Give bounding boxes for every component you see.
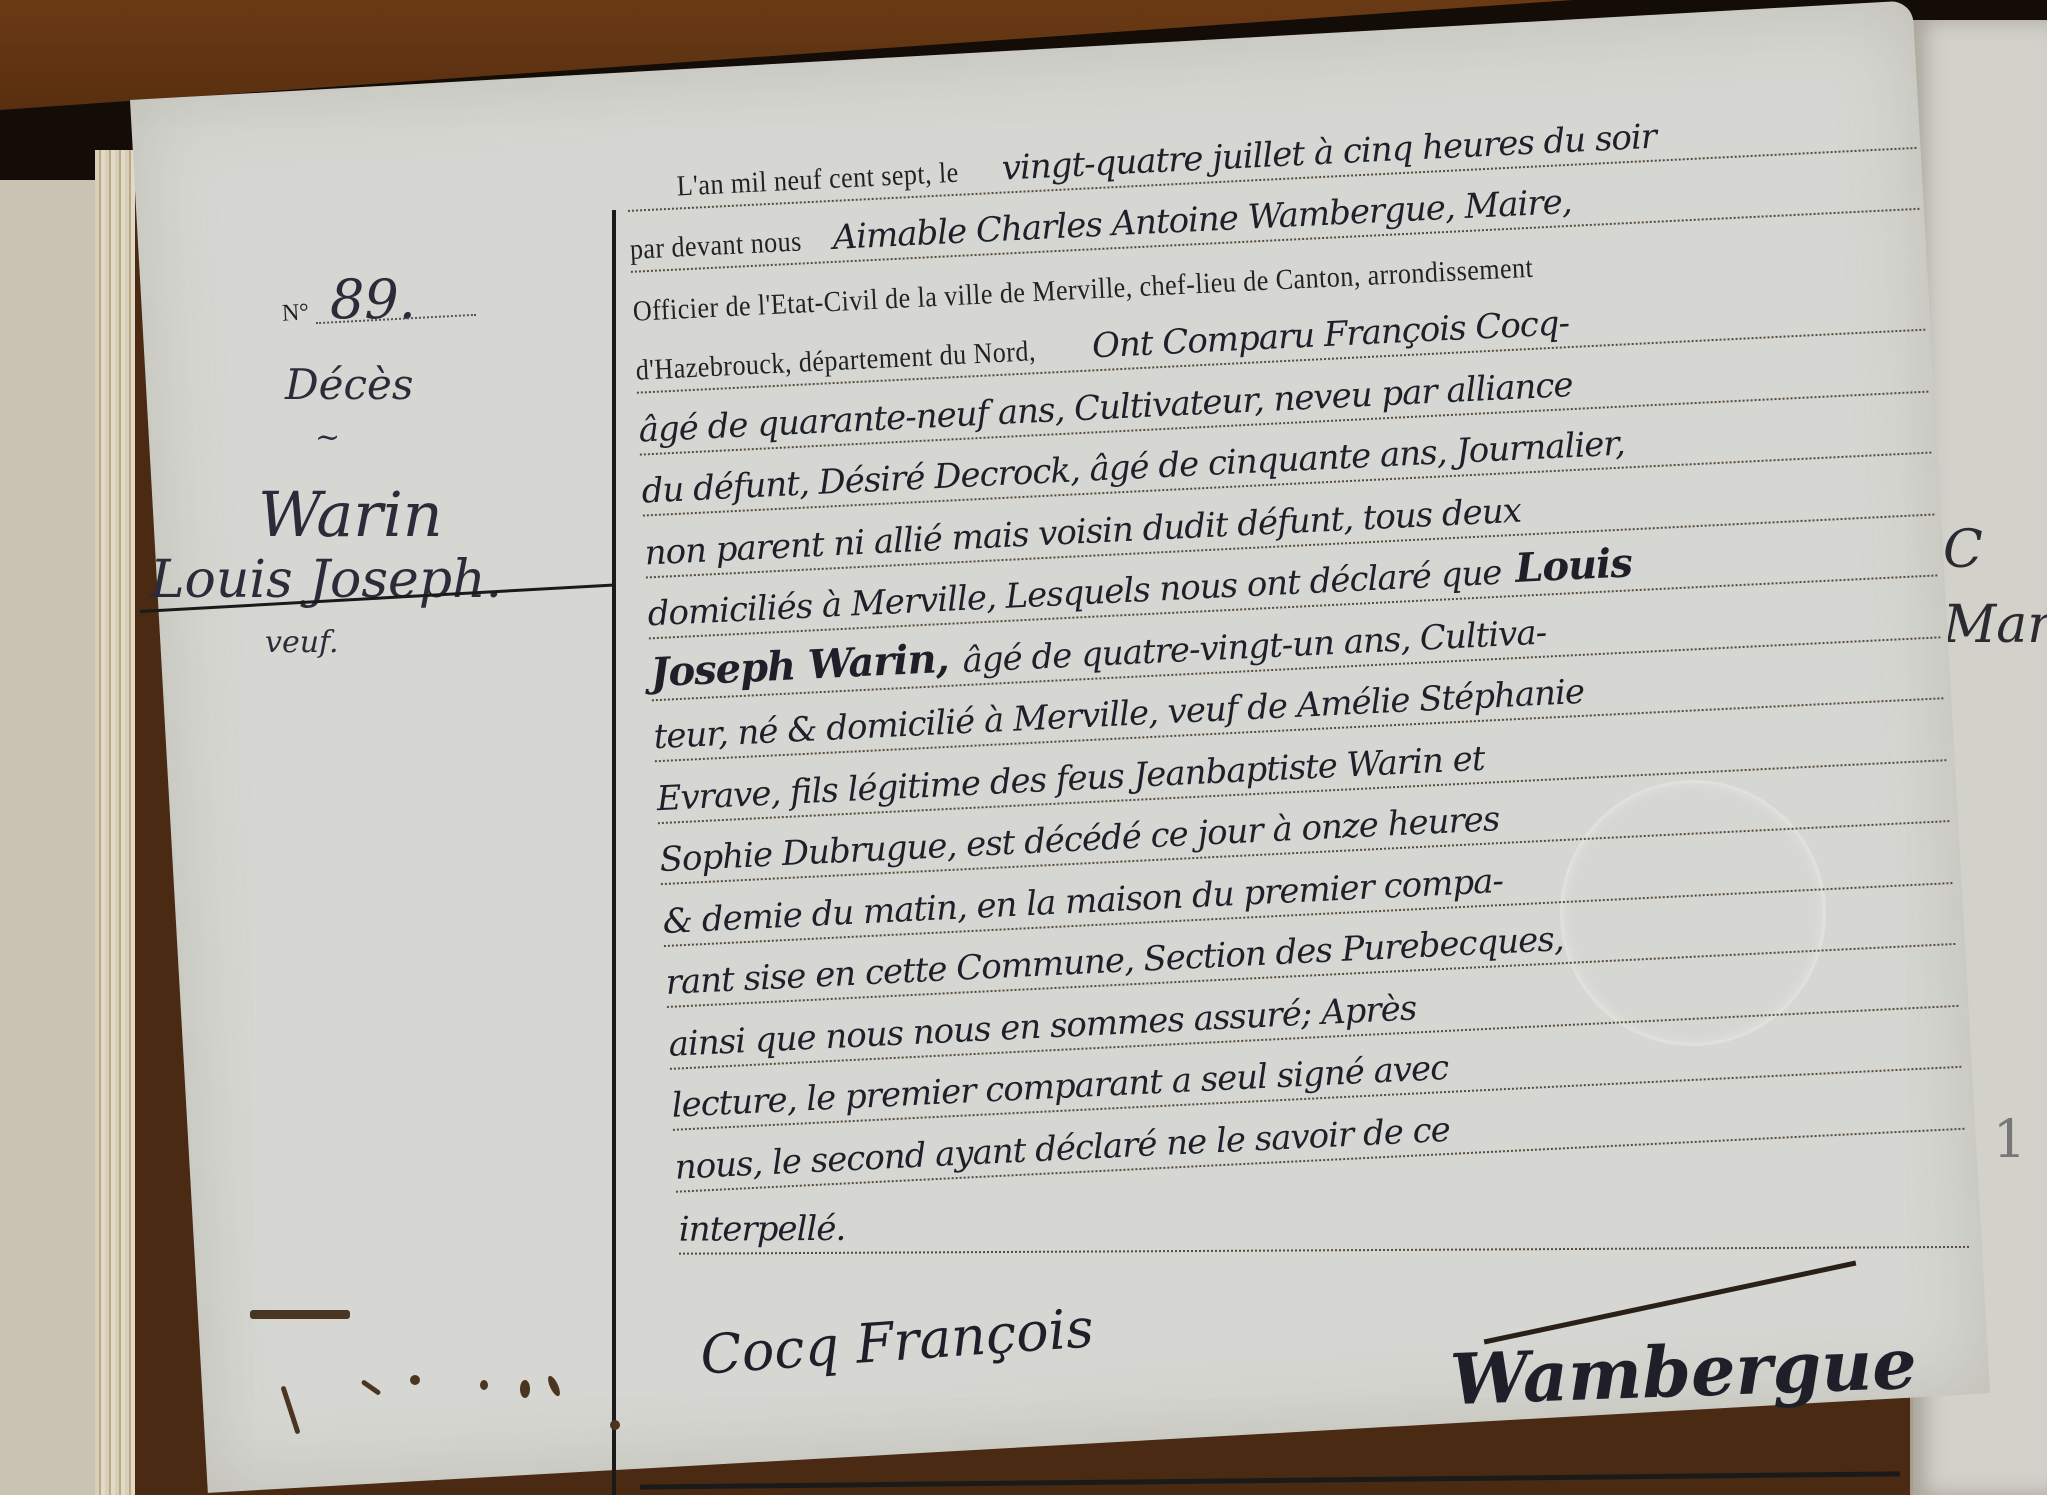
page-edges xyxy=(95,150,135,1495)
ink-mark xyxy=(250,1310,350,1319)
margin-divider-rule xyxy=(612,210,616,1495)
record-number-label: N° xyxy=(281,299,309,327)
next-page-fragment: 1 xyxy=(1993,1110,2026,1170)
flourish: ~ xyxy=(315,420,340,455)
deceased-name-highlight: Louis xyxy=(1514,539,1633,595)
next-page-fragment: C xyxy=(1943,520,1983,580)
record-type: Décès xyxy=(285,360,413,409)
deceased-surname: Warin xyxy=(258,478,443,551)
ink-mark xyxy=(610,1420,620,1430)
entry-bottom-rule xyxy=(640,1471,1900,1489)
civil-status: veuf. xyxy=(265,625,339,660)
ink-mark xyxy=(480,1380,488,1390)
body-line: interpellé. xyxy=(679,1185,1969,1253)
printed-text: par devant nous xyxy=(629,225,803,270)
handwritten-text: interpellé. xyxy=(679,1208,846,1252)
ink-mark xyxy=(520,1380,530,1398)
next-page-fragment: Mar xyxy=(1943,595,2047,655)
ink-mark xyxy=(410,1375,420,1385)
record-body: L'an mil neuf cent sept, le vingt-quatre… xyxy=(625,87,1967,1254)
